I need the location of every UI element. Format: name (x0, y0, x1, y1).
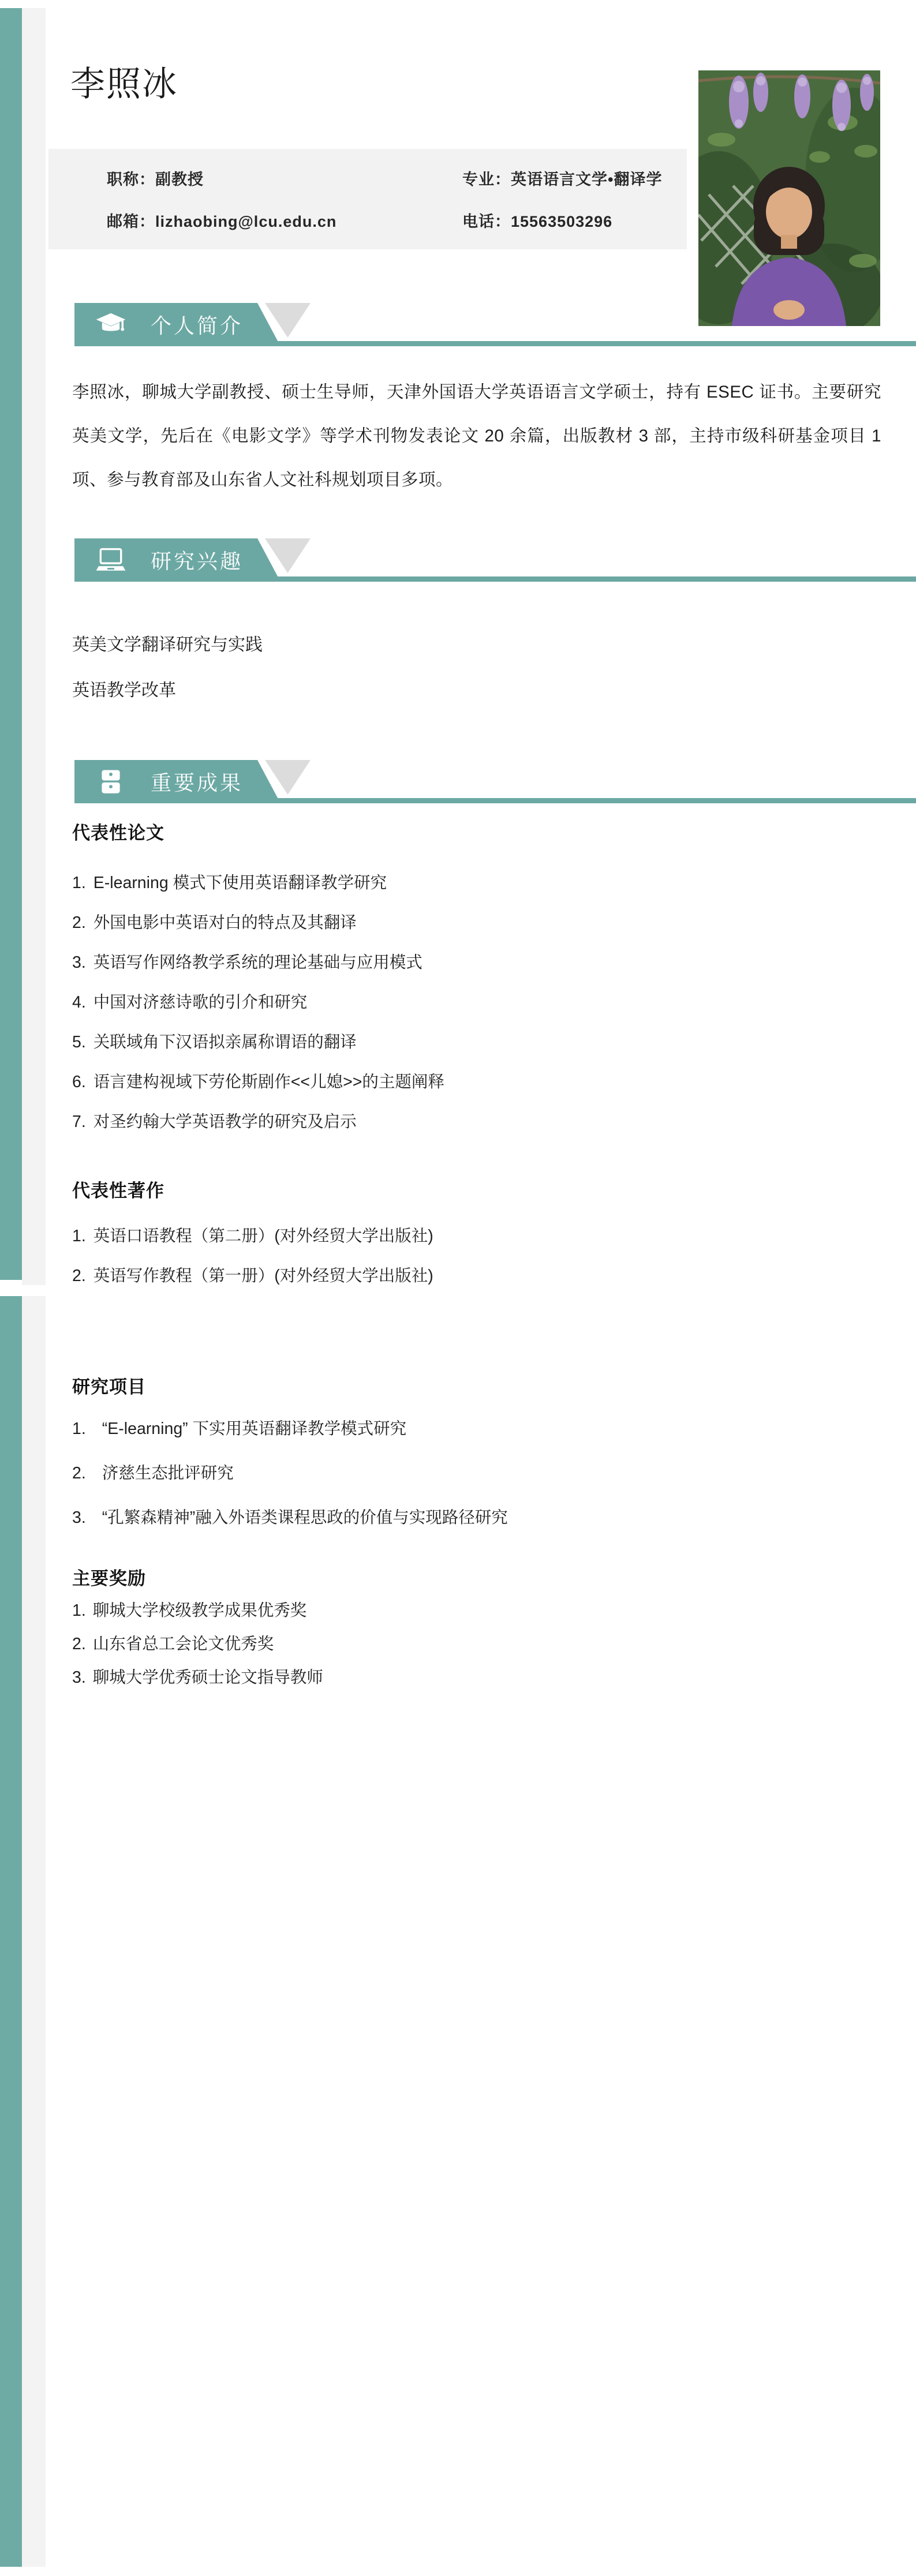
books-list: 1.英语口语教程（第二册）(对外经贸大学出版社)2.英语写作教程（第一册）(对外… (72, 1216, 433, 1296)
awards-heading: 主要奖励 (72, 1564, 146, 1590)
email-text: 邮箱：lizhaobing@lcu.edu.cn (107, 209, 462, 231)
profile-photo (698, 70, 880, 326)
list-item-number: 3. (72, 1661, 86, 1694)
list-item-number: 2. (72, 1627, 86, 1661)
list-item: 2.外国电影中英语对白的特点及其翻译 (72, 903, 444, 943)
projects-list: 1.“E-learning” 下实用英语翻译教学模式研究2.济慈生态批评研究3.… (72, 1407, 508, 1540)
section-ribbon: 研究兴趣 (74, 538, 281, 582)
list-item-text: 语言建构视域下劳伦斯剧作<<儿媳>>的主题阐释 (94, 1062, 444, 1102)
graduation-cap-icon (95, 312, 126, 338)
list-item: 1.英语口语教程（第二册）(对外经贸大学出版社) (72, 1216, 433, 1256)
list-item-number: 1. (72, 863, 86, 903)
section-header-achievements: 重要成果 (74, 760, 916, 803)
list-item-text: 英语写作教程（第一册）(对外经贸大学出版社) (94, 1256, 433, 1296)
list-item-text: E-learning 模式下使用英语翻译教学研究 (94, 863, 387, 903)
list-item: 3.“孔繁森精神”融入外语类课程思政的价值与实现路径研究 (72, 1496, 508, 1540)
list-item: 4.中国对济慈诗歌的引介和研究 (72, 983, 444, 1023)
list-item-text: 外国电影中英语对白的特点及其翻译 (94, 903, 357, 943)
contact-info-panel: 职称：副教授 专业：英语语言文学•翻译学 邮箱：lizhaobing@lcu.e… (48, 149, 687, 249)
list-item: 英语教学改革 (72, 668, 263, 713)
section-header-interests: 研究兴趣 (74, 538, 916, 582)
list-item: 2.济慈生态批评研究 (72, 1451, 508, 1496)
list-item-text: 英语教学改革 (72, 681, 176, 700)
list-item-number: 3. (72, 943, 86, 983)
list-item: 3.英语写作网络教学系统的理论基础与应用模式 (72, 943, 444, 983)
list-item-number: 2. (72, 1256, 86, 1296)
section-ribbon: 个人简介 (74, 303, 281, 346)
resume-page: 李照冰 职称：副教授 专业：英语语言文学•翻译学 邮箱：lizhaobing@l… (0, 0, 916, 2576)
list-item-text: 聊城大学校级教学成果优秀奖 (93, 1594, 307, 1627)
list-item-number: 7. (72, 1102, 86, 1142)
section-ribbon: 重要成果 (74, 760, 281, 803)
list-item-text: 英美文学翻译研究与实践 (72, 635, 263, 654)
section-title: 重要成果 (151, 767, 243, 796)
list-item: 2.英语写作教程（第一册）(对外经贸大学出版社) (72, 1256, 433, 1296)
list-item: 1.聊城大学校级教学成果优秀奖 (72, 1594, 323, 1627)
section-header-profile: 个人简介 (74, 303, 916, 346)
interests-list: 英美文学翻译研究与实践英语教学改革 (72, 622, 263, 713)
phone-number: 电话：15563503296 (462, 209, 687, 231)
left-gray-stripe-page1 (22, 8, 46, 1285)
list-item-text: 英语写作网络教学系统的理论基础与应用模式 (94, 943, 423, 983)
list-item: 1.“E-learning” 下实用英语翻译教学模式研究 (72, 1407, 508, 1451)
major-field: 专业：英语语言文学•翻译学 (462, 167, 687, 189)
list-item-number: 6. (72, 1062, 86, 1102)
list-item-text: 济慈生态批评研究 (102, 1451, 234, 1496)
projects-heading: 研究项目 (72, 1372, 146, 1398)
list-item: 6.语言建构视域下劳伦斯剧作<<儿媳>>的主题阐释 (72, 1062, 444, 1102)
list-item-text: “孔繁森精神”融入外语类课程思政的价值与实现路径研究 (102, 1496, 508, 1540)
list-item: 3.聊城大学优秀硕士论文指导教师 (72, 1661, 323, 1694)
list-item-number: 1. (72, 1216, 86, 1256)
job-title: 职称：副教授 (107, 167, 462, 189)
section-title: 研究兴趣 (151, 545, 243, 575)
list-item-number: 3. (72, 1496, 86, 1540)
list-item: 7.对圣约翰大学英语教学的研究及启示 (72, 1102, 444, 1142)
papers-heading: 代表性论文 (72, 818, 164, 844)
list-item-text: 中国对济慈诗歌的引介和研究 (94, 983, 308, 1023)
list-item-number: 1. (72, 1407, 86, 1451)
papers-list: 1.E-learning 模式下使用英语翻译教学研究2.外国电影中英语对白的特点… (72, 863, 444, 1142)
list-item-text: 英语口语教程（第二册）(对外经贸大学出版社) (94, 1216, 433, 1256)
list-item-number: 2. (72, 1451, 86, 1496)
list-item-text: 聊城大学优秀硕士论文指导教师 (93, 1661, 323, 1694)
list-item-number: 5. (72, 1023, 86, 1062)
archive-icon (95, 769, 126, 795)
computer-icon (95, 547, 126, 574)
section-title: 个人简介 (151, 310, 243, 339)
list-item-number: 4. (72, 983, 86, 1023)
left-gray-stripe-page2 (22, 1296, 46, 2567)
list-item-text: “E-learning” 下实用英语翻译教学模式研究 (102, 1407, 406, 1451)
left-accent-stripe-page2 (0, 1296, 22, 2567)
left-accent-stripe-page1 (0, 8, 22, 1280)
list-item: 1.E-learning 模式下使用英语翻译教学研究 (72, 863, 444, 903)
profile-paragraph: 李照冰，聊城大学副教授、硕士生导师，天津外国语大学英语语言文学硕士，持有 ESE… (72, 370, 881, 502)
list-item: 英美文学翻译研究与实践 (72, 622, 263, 668)
list-item-text: 山东省总工会论文优秀奖 (93, 1627, 274, 1661)
person-name: 李照冰 (70, 57, 178, 106)
list-item: 2.山东省总工会论文优秀奖 (72, 1627, 323, 1661)
list-item-number: 2. (72, 903, 86, 943)
list-item: 5.关联域角下汉语拟亲属称谓语的翻译 (72, 1023, 444, 1062)
books-heading: 代表性著作 (72, 1176, 164, 1202)
list-item-text: 关联域角下汉语拟亲属称谓语的翻译 (94, 1023, 357, 1062)
awards-list: 1.聊城大学校级教学成果优秀奖2.山东省总工会论文优秀奖3.聊城大学优秀硕士论文… (72, 1594, 323, 1694)
list-item-text: 对圣约翰大学英语教学的研究及启示 (94, 1102, 357, 1142)
list-item-number: 1. (72, 1594, 86, 1627)
